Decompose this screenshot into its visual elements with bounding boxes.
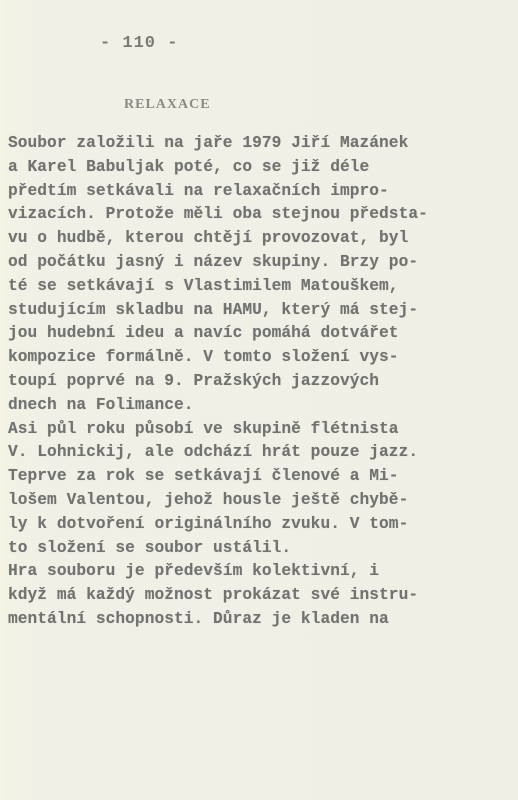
text-line: Asi půl roku působí ve skupině flétnista — [8, 418, 508, 442]
text-line: Hra souboru je především kolektivní, i — [8, 560, 508, 584]
page-number: - 110 - — [100, 34, 178, 53]
text-line: V. Lohnickij, ale odchází hrát pouze jaz… — [8, 441, 508, 465]
text-line: Soubor založili na jaře 1979 Jiří Mazáne… — [8, 132, 508, 156]
text-line: vu o hudbě, kterou chtějí provozovat, by… — [8, 227, 508, 251]
text-line: když má každý možnost prokázat své instr… — [8, 584, 508, 608]
text-line: Teprve za rok se setkávají členové a Mi- — [8, 465, 508, 489]
typewritten-page: - 110 - RELAXACE Soubor založili na jaře… — [0, 0, 518, 800]
text-line: mentální schopnosti. Důraz je kladen na — [8, 608, 508, 632]
section-heading: RELAXACE — [124, 97, 211, 113]
text-line: od počátku jasný i název skupiny. Brzy p… — [8, 251, 508, 275]
text-line: lošem Valentou, jehož housle ještě chybě… — [8, 489, 508, 513]
text-line: dnech na Folimance. — [8, 394, 508, 418]
text-line: jou hudební ideu a navíc pomáhá dotvářet — [8, 322, 508, 346]
text-line: vizacích. Protože měli oba stejnou předs… — [8, 203, 508, 227]
text-line: kompozice formálně. V tomto složení vys- — [8, 346, 508, 370]
text-line: předtím setkávali na relaxačních impro- — [8, 180, 508, 204]
text-line: a Karel Babuljak poté, co se již déle — [8, 156, 508, 180]
body-text: Soubor založili na jaře 1979 Jiří Mazáne… — [8, 132, 508, 632]
text-line: studujícím skladbu na HAMU, který má ste… — [8, 299, 508, 323]
text-line: té se setkávají s Vlastimilem Matouškem, — [8, 275, 508, 299]
text-line: toupí poprvé na 9. Pražských jazzových — [8, 370, 508, 394]
text-line: ly k dotvoření originálního zvuku. V tom… — [8, 513, 508, 537]
text-line: to složení se soubor ustálil. — [8, 537, 508, 561]
